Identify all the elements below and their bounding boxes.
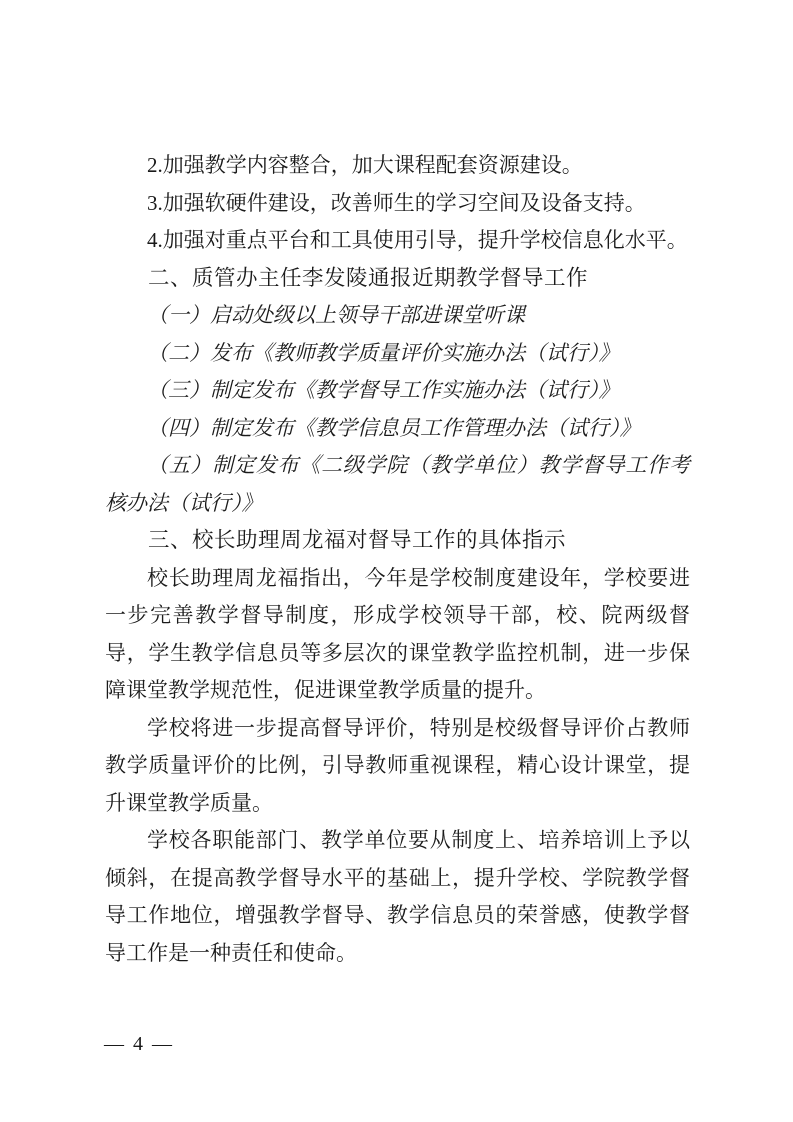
sub-item-5: （五）制定发布《二级学院（教学单位）教学督导工作考核办法（试行）》 <box>105 447 690 522</box>
section-heading-2: 二、质管办主任李发陵通报近期教学督导工作 <box>105 260 690 298</box>
numbered-item-4: 4.加强对重点平台和工具使用引导，提升学校信息化水平。 <box>105 222 690 260</box>
body-paragraph-2: 学校将进一步提高督导评价，特别是校级督导评价占教师教学质量评价的比例，引导教师重… <box>105 710 690 823</box>
body-paragraph-1: 校长助理周龙福指出，今年是学校制度建设年，学校要进一步完善教学督导制度，形成学校… <box>105 560 690 710</box>
numbered-item-2: 2.加强教学内容整合，加大课程配套资源建设。 <box>105 147 690 185</box>
numbered-item-3: 3.加强软硬件建设，改善师生的学习空间及设备支持。 <box>105 185 690 223</box>
section-heading-3: 三、校长助理周龙福对督导工作的具体指示 <box>105 522 690 560</box>
sub-item-2: （二）发布《教师教学质量评价实施办法（试行）》 <box>105 335 690 373</box>
sub-item-4: （四）制定发布《教学信息员工作管理办法（试行）》 <box>105 410 690 448</box>
page-number: — 4 — <box>104 1030 174 1058</box>
document-body: 2.加强教学内容整合，加大课程配套资源建设。 3.加强软硬件建设，改善师生的学习… <box>105 147 690 972</box>
body-paragraph-3: 学校各职能部门、教学单位要从制度上、培养培训上予以倾斜，在提高教学督导水平的基础… <box>105 822 690 972</box>
document-page: 2.加强教学内容整合，加大课程配套资源建设。 3.加强软硬件建设，改善师生的学习… <box>0 0 793 1122</box>
sub-item-3: （三）制定发布《教学督导工作实施办法（试行）》 <box>105 372 690 410</box>
sub-item-1: （一）启动处级以上领导干部进课堂听课 <box>105 297 690 335</box>
page-number-text: — 4 — <box>104 1033 174 1055</box>
